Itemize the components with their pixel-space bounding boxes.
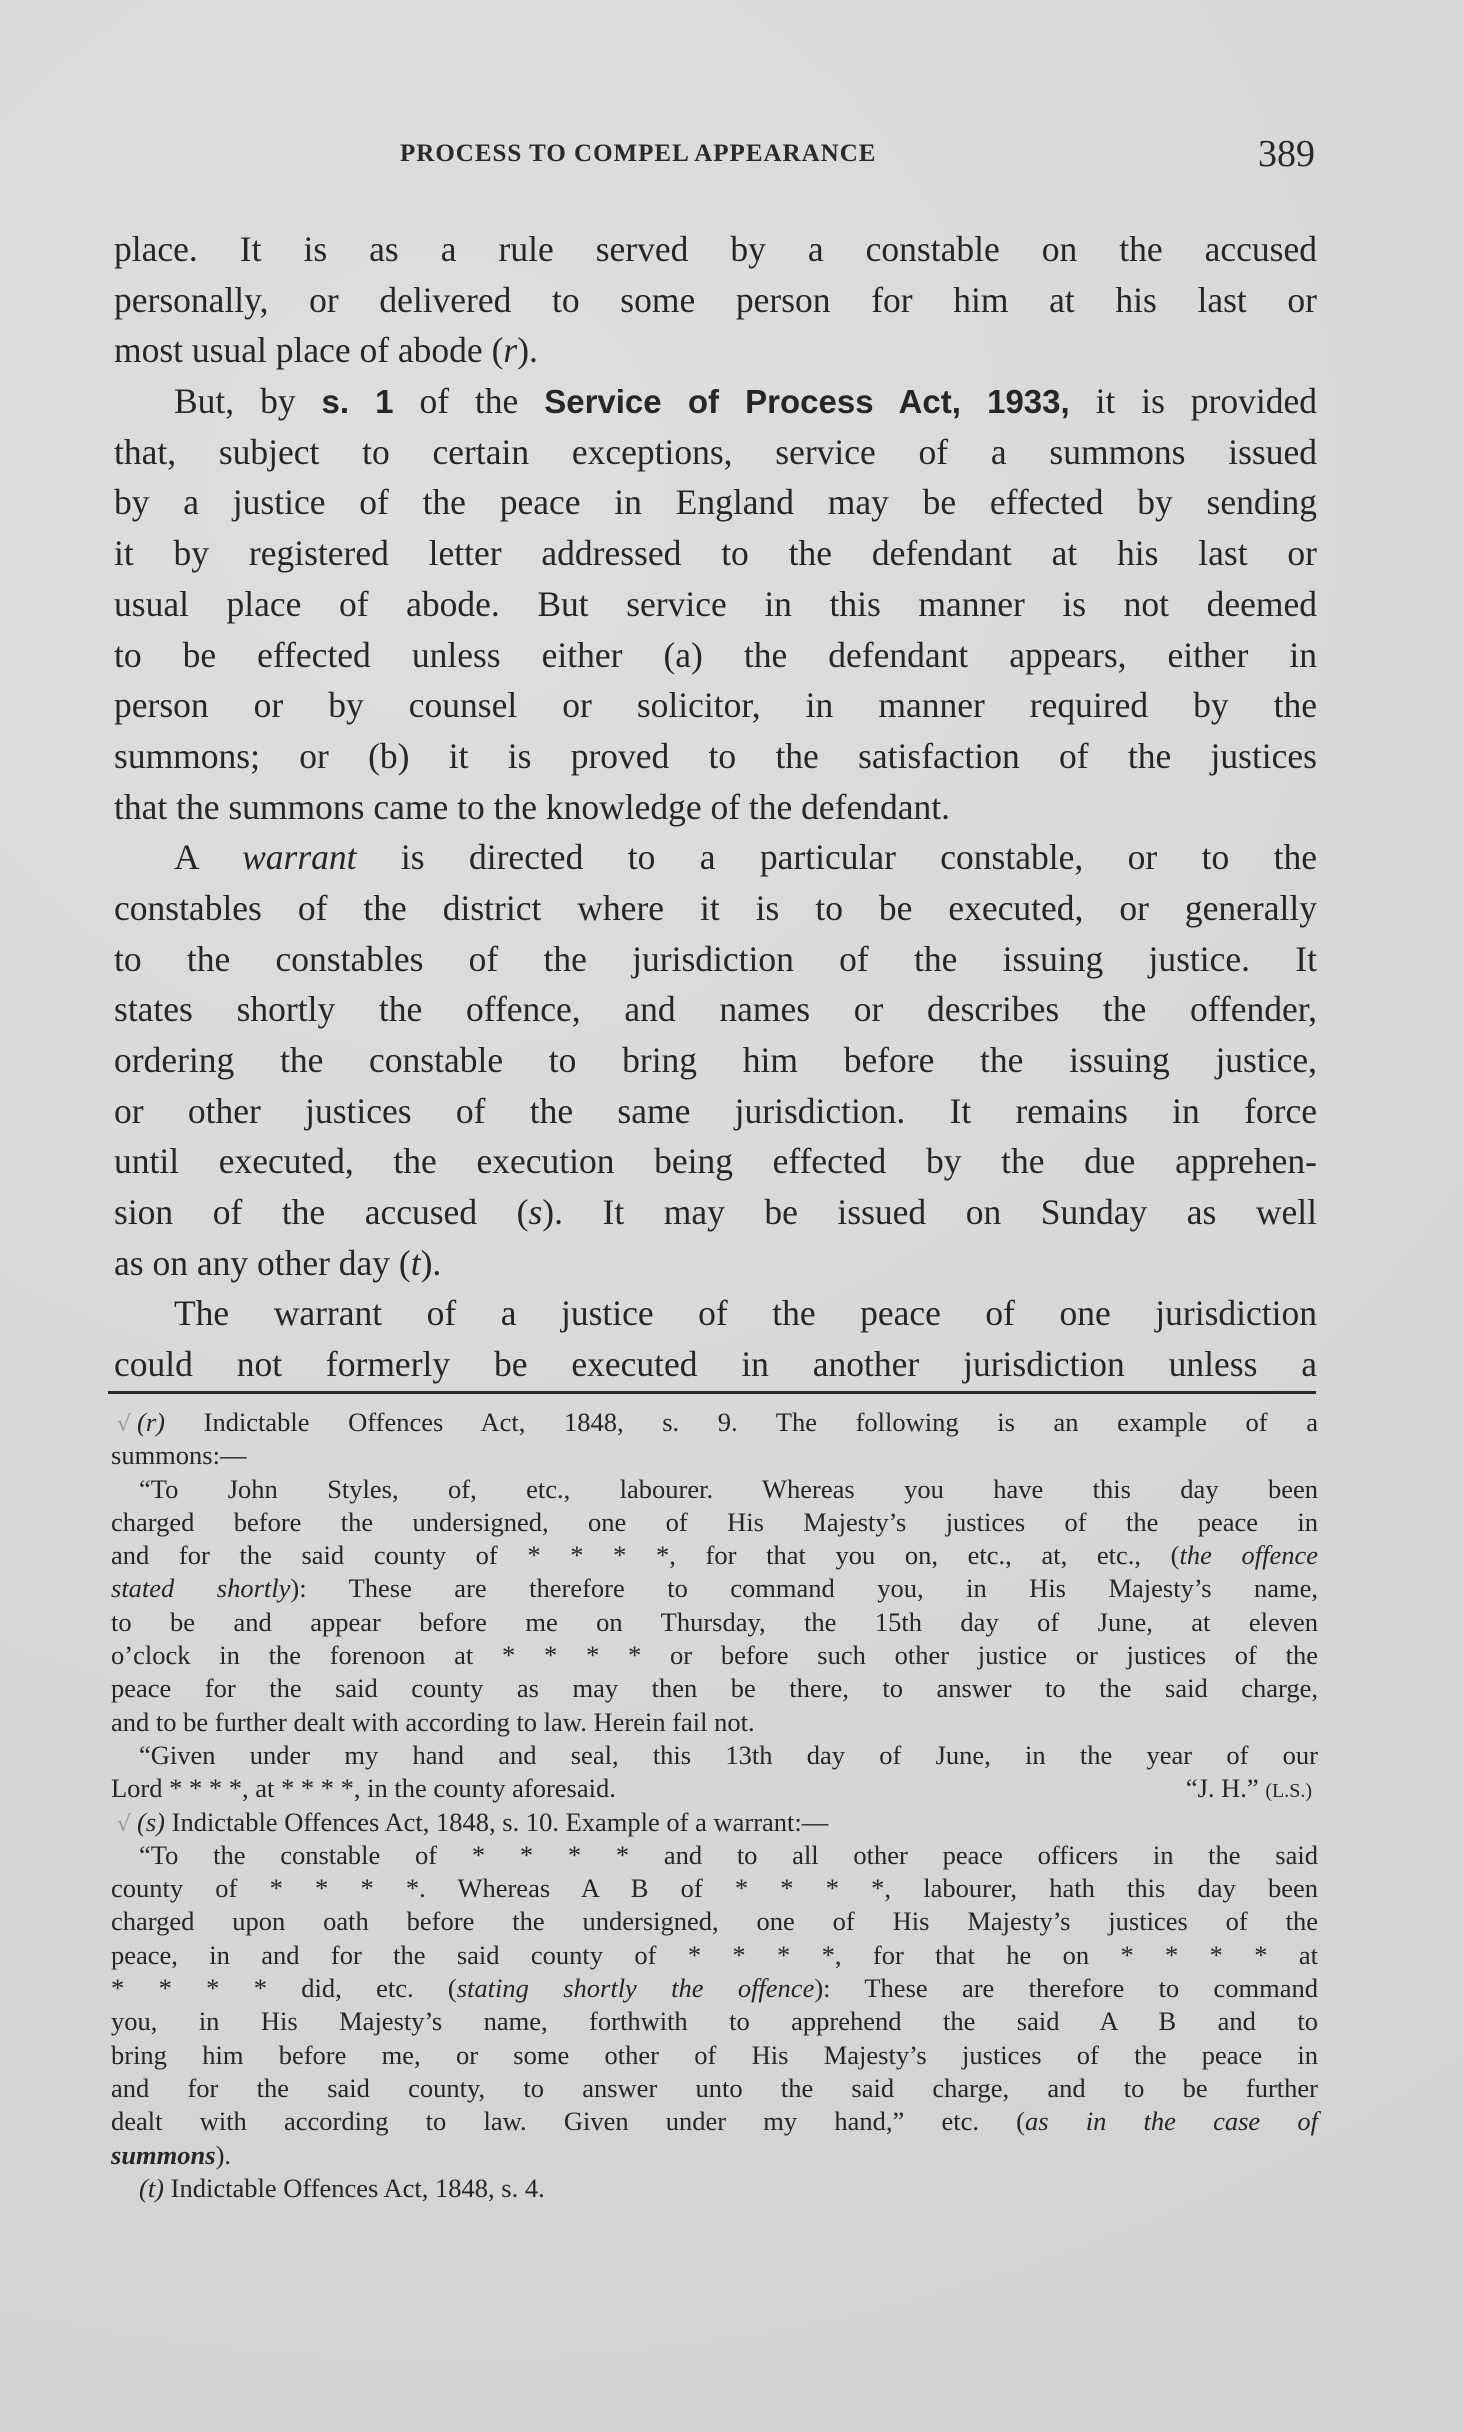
body-line: constables of the district where it is t… [114, 883, 1317, 934]
emphasis-warrant: warrant [242, 837, 356, 877]
footnote-line: county of * * * *. Whereas A B of * * * … [111, 1872, 1318, 1905]
body-line: sion of the accused (s). It may be issue… [114, 1187, 1317, 1238]
footnote-line: charged before the undersigned, one of H… [111, 1506, 1318, 1539]
body-line: most usual place of abode (r). [114, 325, 1317, 376]
body-line: as on any other day (t). [114, 1238, 1317, 1289]
body-line: states shortly the offence, and names or… [114, 984, 1317, 1035]
body-line: or other justices of the same jurisdicti… [114, 1086, 1317, 1137]
body-line: But, by s. 1 of the Service of Process A… [114, 376, 1317, 427]
page-header: PROCESS TO COMPEL APPEARANCE 389 [400, 136, 1315, 176]
footnote-line: charged upon oath before the undersigned… [111, 1905, 1318, 1938]
footnote-line: “To the constable of * * * * and to all … [111, 1839, 1318, 1872]
footnote-line: and for the said county, to answer unto … [111, 2072, 1318, 2105]
footnote-ref-s[interactable]: s [528, 1192, 542, 1232]
signature: “J. H.” (L.S.) [1186, 1772, 1312, 1808]
footnote-line: summons). [111, 2139, 1318, 2172]
body-line: could not formerly be executed in anothe… [114, 1339, 1317, 1390]
footnote-line: and to be further dealt with according t… [111, 1706, 1318, 1739]
body-line: place. It is as a rule served by a const… [114, 224, 1317, 275]
body-text: place. It is as a rule served by a const… [114, 224, 1317, 1390]
body-line: until executed, the execution being effe… [114, 1136, 1317, 1187]
body-line: summons; or (b) it is proved to the sati… [114, 731, 1317, 782]
body-line: it by registered letter addressed to the… [114, 528, 1317, 579]
body-line: to be effected unless either (a) the def… [114, 630, 1317, 681]
footnote-line: “Given under my hand and seal, this 13th… [111, 1739, 1318, 1772]
body-line: to the constables of the jurisdiction of… [114, 934, 1317, 985]
body-line: ordering the constable to bring him befo… [114, 1035, 1317, 1086]
footnote-line: peace for the said county as may then be… [111, 1672, 1318, 1705]
footnote-r: √(r) Indictable Offences Act, 1848, s. 9… [111, 1406, 1318, 1439]
body-line: personally, or delivered to some person … [114, 275, 1317, 326]
footnote-line: Lord * * * *, at * * * *, in the county … [111, 1772, 1318, 1805]
footnote-line: peace, in and for the said county of * *… [111, 1939, 1318, 1972]
body-line: person or by counsel or solicitor, in ma… [114, 680, 1317, 731]
footnote-line: and for the said county of * * * *, for … [111, 1539, 1318, 1572]
footnote-divider [108, 1391, 1316, 1394]
footnote-line: stated shortly): These are therefore to … [111, 1572, 1318, 1605]
footnote-line: “To John Styles, of, etc., labourer. Whe… [111, 1473, 1318, 1506]
page-number: 389 [1258, 132, 1315, 176]
body-line: that, subject to certain exceptions, ser… [114, 427, 1317, 478]
footnote-ref-t[interactable]: t [411, 1243, 421, 1283]
footnote-line: dealt with according to law. Given under… [111, 2105, 1318, 2138]
statute-title: Service of Process Act, 1933, [544, 383, 1069, 420]
statute-section: s. 1 [321, 383, 393, 420]
footnote-s: √(s) Indictable Offences Act, 1848, s. 1… [111, 1806, 1318, 1839]
body-line: A warrant is directed to a particular co… [114, 832, 1317, 883]
check-mark-icon: √ [117, 1812, 131, 1837]
footnote-line: to be and appear before me on Thursday, … [111, 1606, 1318, 1639]
footnote-line: you, in His Majesty’s name, forthwith to… [111, 2005, 1318, 2038]
body-line: usual place of abode. But service in thi… [114, 579, 1317, 630]
footnote-line: summons:— [111, 1439, 1318, 1472]
footnote-t: (t) Indictable Offences Act, 1848, s. 4. [111, 2172, 1318, 2205]
body-line: by a justice of the peace in England may… [114, 477, 1317, 528]
body-line: that the summons came to the knowledge o… [114, 782, 1317, 833]
body-line: The warrant of a justice of the peace of… [114, 1288, 1317, 1339]
footnote-line: o’clock in the forenoon at * * * * or be… [111, 1639, 1318, 1672]
footnote-ref-r[interactable]: r [503, 330, 517, 370]
footnote-line: bring him before me, or some other of Hi… [111, 2039, 1318, 2072]
footnote-line: * * * * did, etc. (stating shortly the o… [111, 1972, 1318, 2005]
check-mark-icon: √ [117, 1412, 131, 1437]
running-head: PROCESS TO COMPEL APPEARANCE [400, 140, 876, 168]
footnotes: √(r) Indictable Offences Act, 1848, s. 9… [111, 1406, 1318, 2205]
